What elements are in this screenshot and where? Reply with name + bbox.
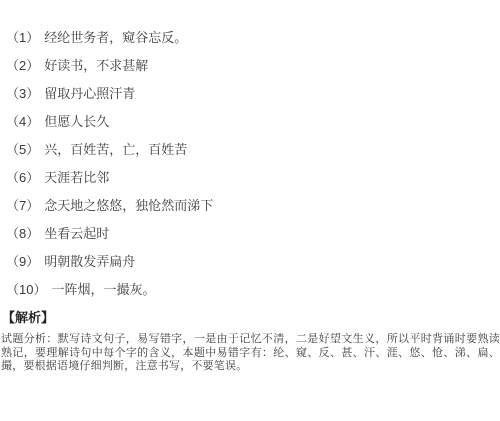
- answer-line-text: 兴，百姓苦，亡，百姓苦: [44, 142, 187, 157]
- analysis-body-text: 试题分析：默写诗文句子，易写错字，一是由于记忆不清，二是好望文生义，所以平时背诵…: [1, 333, 500, 374]
- answer-line-number: （9）: [6, 255, 39, 268]
- answer-line-number: （7）: [6, 199, 39, 212]
- answer-line-3: （3）留取丹心照汗青: [6, 87, 500, 100]
- analysis-section: 【解析】 试题分析：默写诗文句子，易写错字，一是由于记忆不清，二是好望文生义，所…: [0, 311, 500, 374]
- answer-line-number: （10）: [6, 283, 46, 296]
- answer-line-4: （4）但愿人长久: [6, 115, 500, 128]
- answer-line-7: （7）念天地之悠悠，独怆然而涕下: [6, 199, 500, 212]
- answer-line-5: （5）兴，百姓苦，亡，百姓苦: [6, 143, 500, 156]
- answer-line-number: （4）: [6, 115, 39, 128]
- answer-list: （1）经纶世务者，窥谷忘反。 （2）好读书，不求甚解 （3）留取丹心照汗青 （4…: [0, 0, 500, 296]
- answer-line-9: （9）明朝散发弄扁舟: [6, 255, 500, 268]
- answer-line-text: 经纶世务者，窥谷忘反。: [44, 30, 187, 45]
- answer-line-8: （8）坐看云起时: [6, 227, 500, 240]
- answer-line-number: （1）: [6, 31, 39, 44]
- answer-line-number: （6）: [6, 171, 39, 184]
- answer-line-1: （1）经纶世务者，窥谷忘反。: [6, 31, 500, 44]
- answer-line-number: （5）: [6, 143, 39, 156]
- answer-line-number: （3）: [6, 87, 39, 100]
- answer-line-text: 念天地之悠悠，独怆然而涕下: [44, 198, 213, 213]
- exam-answer-page: （1）经纶世务者，窥谷忘反。 （2）好读书，不求甚解 （3）留取丹心照汗青 （4…: [0, 0, 500, 421]
- analysis-header: 【解析】: [2, 311, 500, 325]
- answer-line-text: 坐看云起时: [44, 226, 109, 241]
- answer-line-10: （10）一阵烟，一撮灰。: [6, 283, 500, 296]
- answer-line-6: （6）天涯若比邻: [6, 171, 500, 184]
- answer-line-number: （8）: [6, 227, 39, 240]
- answer-line-text: 一阵烟，一撮灰。: [51, 282, 155, 297]
- answer-line-2: （2）好读书，不求甚解: [6, 59, 500, 72]
- answer-line-text: 但愿人长久: [44, 114, 109, 129]
- answer-line-text: 天涯若比邻: [44, 170, 109, 185]
- answer-line-text: 好读书，不求甚解: [44, 58, 148, 73]
- answer-line-text: 明朝散发弄扁舟: [44, 254, 135, 269]
- answer-line-number: （2）: [6, 59, 39, 72]
- answer-line-text: 留取丹心照汗青: [44, 86, 135, 101]
